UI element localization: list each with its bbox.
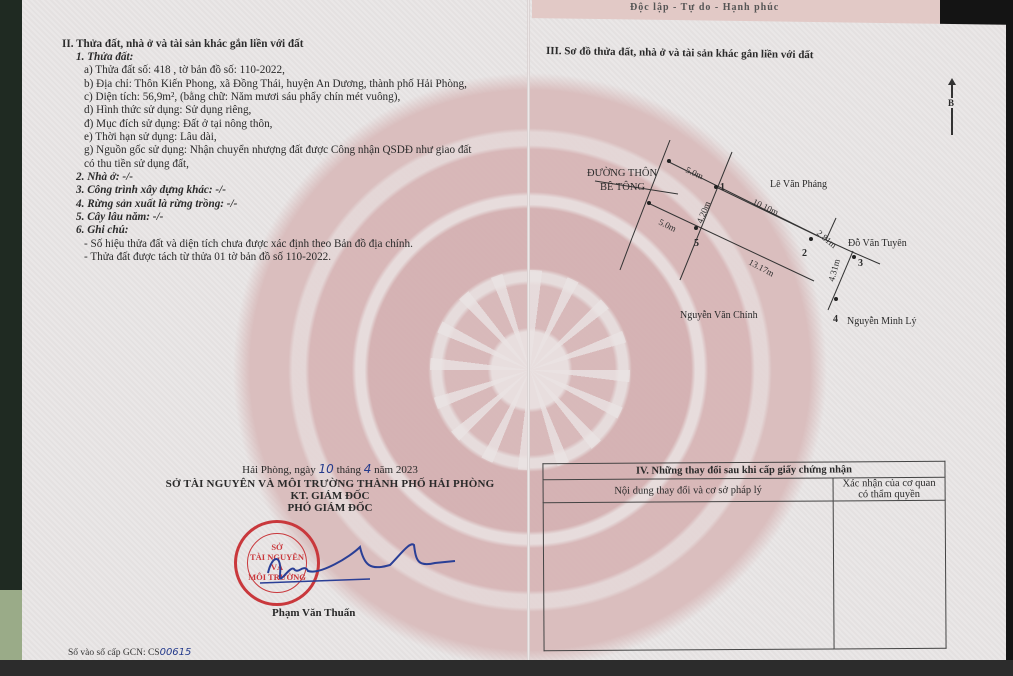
column-header-confirmation: Xác nhận của cơ quan có thẩm quyền	[833, 477, 945, 501]
usage-purpose: đ) Mục đích sử dụng: Đất ở tại nông thôn…	[62, 118, 472, 131]
area: c) Diện tích: 56,9m², (bằng chữ: Năm mươ…	[62, 91, 472, 104]
usage-form: d) Hình thức sử dụng: Sử dụng riêng,	[62, 104, 472, 117]
signer-role-2: PHÓ GIÁM ĐỐC	[130, 502, 530, 514]
dim-2-3: 2.81m	[815, 228, 839, 250]
dim-3-4: 4.31m	[826, 258, 842, 283]
underlying-page-header: Độc lập - Tự do - Hạnh phúc	[630, 2, 779, 13]
point-2: 2	[802, 248, 807, 259]
registry-number: Số vào sổ cấp GCN: CS00615	[68, 647, 191, 658]
signature-block: Hải Phòng, ngày 10 tháng 4 năm 2023 SỞ T…	[130, 462, 530, 514]
dim-road-top: 5.0m	[684, 165, 705, 182]
usage-origin-cont: có thu tiền sử dụng đất,	[62, 158, 472, 171]
point-4: 4	[833, 314, 838, 325]
land-details: 1. Thửa đất: a) Thửa đất số: 418 , tờ bả…	[62, 51, 472, 265]
north-label: B	[948, 98, 954, 108]
neighbor-south: Nguyễn Văn Chính	[680, 310, 758, 321]
land-heading: 1. Thửa đất:	[62, 51, 472, 64]
usage-origin: g) Nguồn gốc sử dụng: Nhận chuyển nhượng…	[62, 144, 472, 157]
confirmation-cell	[833, 500, 946, 649]
house: 2. Nhà ở: -/-	[62, 171, 472, 184]
issuing-organization: SỞ TÀI NGUYÊN VÀ MÔI TRƯỜNG THÀNH PHỐ HẢ…	[130, 478, 530, 490]
production-forest: 4. Rừng sản xuất là rừng trồng: -/-	[62, 198, 472, 211]
note-2: - Thửa đất được tách từ thửa 01 tờ bản đ…	[62, 251, 472, 264]
road-label-2: BÊ TÔNG	[600, 181, 645, 193]
perennial-trees: 5. Cây lâu năm: -/-	[62, 211, 472, 224]
dim-1-2: 10.10m	[751, 197, 780, 218]
changes-table: IV. Những thay đổi sau khi cấp giấy chứn…	[542, 461, 946, 651]
column-header-changes: Nội dung thay đổi và cơ sở pháp lý	[543, 478, 833, 503]
issue-date: Hải Phòng, ngày 10 tháng 4 năm 2023	[130, 462, 530, 476]
page-fold	[527, 0, 530, 660]
dim-road-bottom: 5.0m	[657, 217, 678, 234]
signer-name: Phạm Văn Thuấn	[272, 607, 355, 619]
road-label-1: ĐƯỜNG THÔN	[587, 167, 657, 179]
bottom-bar	[0, 660, 1013, 676]
usage-term: e) Thời hạn sử dụng: Lâu dài,	[62, 131, 472, 144]
neighbor-east: Đỗ Văn Tuyên	[848, 238, 907, 249]
point-1: 1	[720, 182, 725, 193]
parcel-diagram: ĐƯỜNG THÔN BÊ TÔNG 1 2 3 4 5 5.0m 4.20m …	[570, 140, 950, 340]
other-construction: 3. Công trình xây dựng khác: -/-	[62, 184, 472, 197]
note-1: - Số hiệu thửa đất và diện tích chưa đượ…	[62, 238, 472, 251]
signature-icon	[260, 535, 460, 595]
signer-role-1: KT. GIÁM ĐỐC	[130, 490, 530, 502]
point-5: 5	[694, 238, 699, 249]
dim-4-5: 13.17m	[747, 257, 776, 279]
issue-day: 10	[319, 462, 334, 476]
neighbor-south-east: Nguyễn Minh Lý	[847, 316, 916, 327]
address: b) Địa chỉ: Thôn Kiến Phong, xã Đồng Thá…	[62, 78, 472, 91]
notes-heading: 6. Ghi chú:	[62, 224, 472, 237]
section-2-title: II. Thửa đất, nhà ở và tài sản khác gắn …	[62, 38, 303, 51]
dim-1-5: 4.20m	[695, 200, 713, 225]
neighbor-north-east: Lê Văn Pháng	[770, 179, 827, 190]
point-3: 3	[858, 258, 863, 269]
parcel-number: a) Thửa đất số: 418 , tờ bản đồ số: 110-…	[62, 64, 472, 77]
changes-content-cell	[543, 501, 834, 651]
